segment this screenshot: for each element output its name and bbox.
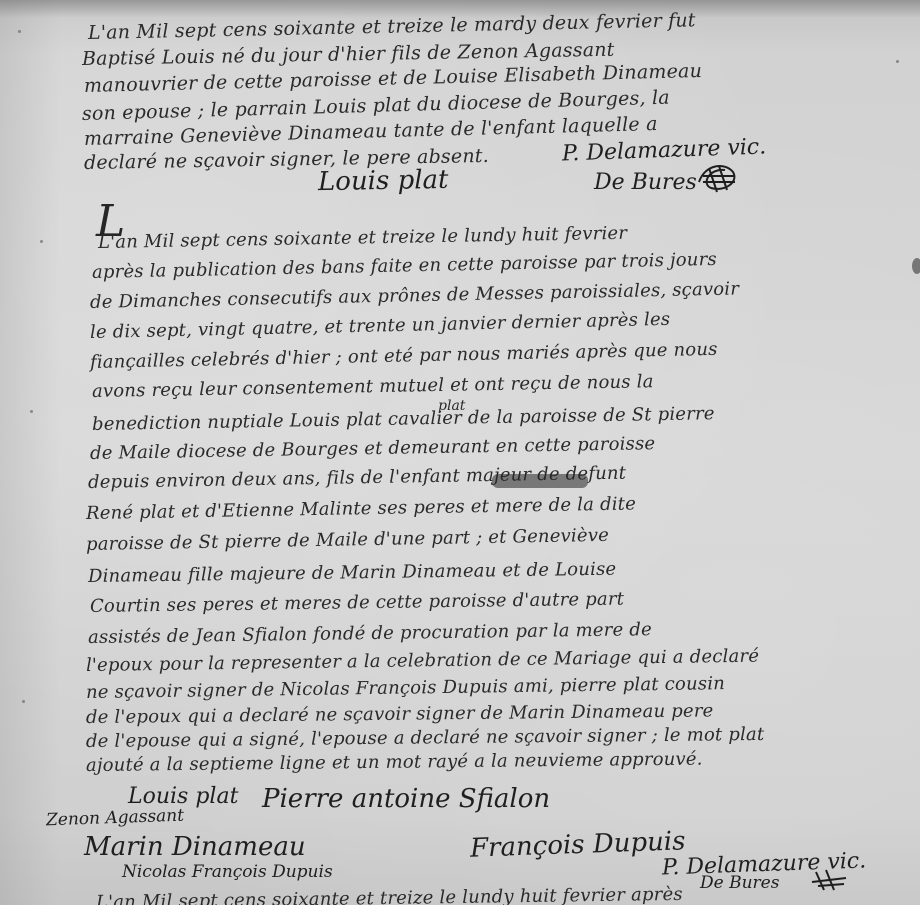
next-entry-fragment: L'an Mil sept cens soixante et treize le…: [96, 884, 683, 905]
witness-nicolas-dupuis-signature: Nicolas François Dupuis: [122, 862, 333, 882]
marriage-line-7: benediction nuptiale Louis plat cavalier…: [92, 403, 715, 435]
marriage-line-17: de l'epoux qui a declaré ne sçavoir sign…: [86, 700, 714, 728]
paper-speck: [22, 700, 25, 703]
register-page: L'an Mil sept cens soixante et treize le…: [0, 0, 920, 905]
bride-father-signature: Marin Dinameau: [84, 832, 306, 862]
witness-sfialon-signature: Pierre antoine Sfialon: [262, 784, 550, 814]
marriage-line-12: Dinameau fille majeure de Marin Dinameau…: [88, 559, 617, 587]
marriage-line-13: Courtin ses peres et meres de cette paro…: [90, 589, 624, 617]
marriage-line-16: ne sçavoir signer de Nicolas François Du…: [86, 673, 725, 703]
paper-speck: [18, 30, 21, 33]
marriage-line-18: de l'epouse qui a signé, l'epouse a decl…: [86, 724, 765, 752]
baptism-godfather-signature: Louis plat: [318, 165, 449, 197]
struck-word-blot: [492, 474, 588, 488]
marriage-line-5: fiançailles celebrés d'hier ; ont eté pa…: [90, 339, 718, 373]
paper-speck: [40, 240, 43, 243]
paper-speck: [30, 410, 33, 413]
marriage-line-14: assistés de Jean Sfialon fondé de procur…: [88, 619, 652, 648]
marriage-line-3: de Dimanches consecutifs aux prônes de M…: [90, 278, 740, 313]
witness-agassant-signature: Zenon Agassant: [46, 806, 185, 831]
marriage-line-4: le dix sept, vingt quatre, et trente un …: [90, 309, 671, 343]
paraph-flourish-icon: [695, 160, 741, 194]
marriage-line-11: paroisse de St pierre de Maile d'une par…: [86, 525, 609, 555]
marriage-line-6: avons reçu leur consentement mutuel et o…: [92, 371, 654, 402]
marriage-line-15: l'epoux pour la representer a la celebra…: [86, 646, 759, 676]
paraph-flourish-small-icon: [810, 868, 848, 892]
marriage-witness-debures-signature: De Bures: [700, 873, 779, 893]
baptism-witness-signature: De Bures: [594, 170, 697, 195]
marriage-line-2: après la publication des bans faite en c…: [92, 249, 717, 283]
marriage-line-10: René plat et d'Etienne Malinte ses peres…: [86, 493, 636, 524]
paper-speck: [896, 60, 899, 63]
marriage-line-19: ajouté a la septieme ligne et un mot ray…: [86, 749, 703, 776]
marriage-line-8: de Maile diocese de Bourges et demeurant…: [90, 433, 656, 464]
ink-blot: [912, 258, 920, 274]
witness-dupuis-signature: François Dupuis: [470, 826, 686, 864]
marriage-line-1: L'an Mil sept cens soixante et treize le…: [98, 223, 627, 253]
